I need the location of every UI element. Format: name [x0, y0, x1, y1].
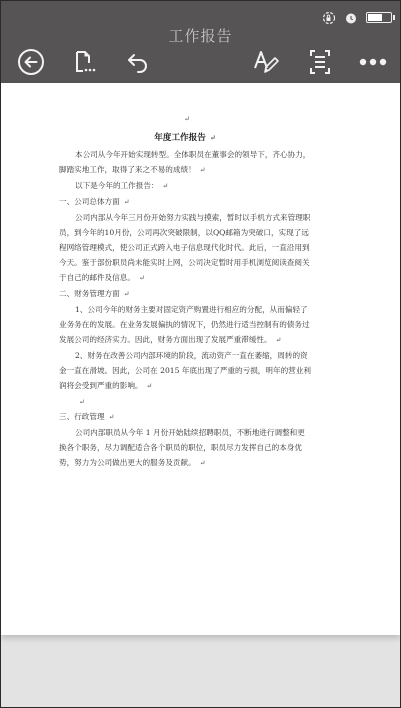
- rotation-lock-icon: [322, 10, 336, 24]
- app-screen: 工作报告 ↵ 年度工作报告↵ 本公司从今年: [1, 1, 400, 707]
- back-button[interactable]: [14, 45, 48, 79]
- toolbar: [1, 45, 400, 79]
- text-edit-button[interactable]: [249, 45, 283, 79]
- document-page[interactable]: ↵ 年度工作报告↵ 本公司从今年开始实现转型。全体职员在董事会的领导下，齐心协力…: [1, 83, 400, 635]
- paragraph: 1、公司今年的财务主要对固定资产购置进行相应的分配，从而偏轻了业务务在的发展。在…: [59, 302, 311, 348]
- more-dots-icon: [359, 57, 387, 67]
- paragraph: 公司内部从今年三月份开始努力实践与摸索，暂时以手机方式来管理职员，到今年的10月…: [59, 210, 311, 286]
- alarm-icon: [344, 10, 358, 24]
- status-bar: [322, 9, 392, 25]
- reading-mode-button[interactable]: [303, 45, 337, 79]
- paragraph: 2、财务在改善公司内部环境的阶段，流动资产一直在萎缩，周转的资金一直在滑坡。因此…: [59, 348, 311, 394]
- more-button[interactable]: [356, 45, 390, 79]
- paragraph-mark: ↵: [210, 133, 216, 142]
- undo-button[interactable]: [121, 45, 155, 79]
- paragraph: 本公司从今年开始实现转型。全体职员在董事会的领导下，齐心协力，脚踏实地工作，取得…: [59, 147, 311, 178]
- document-save-icon: [72, 49, 98, 75]
- section-heading: 二、财务管理方面↵: [59, 286, 311, 302]
- top-bar: 工作报告: [1, 1, 400, 83]
- section-heading: 一、公司总体方面↵: [59, 194, 311, 210]
- section-heading: 三、行政管理↵: [59, 409, 311, 425]
- text-edit-pen-icon: [252, 48, 280, 76]
- undo-icon: [125, 49, 151, 75]
- document-heading: 年度工作报告↵: [59, 130, 311, 146]
- document-title: 工作报告: [1, 25, 400, 46]
- battery-icon: [366, 12, 392, 23]
- empty-paragraph: ↵: [59, 394, 311, 409]
- paragraph: 公司内部职员从今年 1 月份开始陆续招聘职员，不断地进行调整和更换各个职务，尽力…: [59, 425, 311, 471]
- save-button[interactable]: [68, 45, 102, 79]
- document-body[interactable]: ↵ 年度工作报告↵ 本公司从今年开始实现转型。全体职员在董事会的领导下，齐心协力…: [59, 111, 311, 471]
- back-arrow-circle-icon: [17, 48, 45, 76]
- paragraph-mark: ↵: [59, 111, 311, 126]
- scan-frame-icon: [308, 49, 332, 75]
- paragraph: 以下是今年的工作报告：↵: [59, 178, 311, 194]
